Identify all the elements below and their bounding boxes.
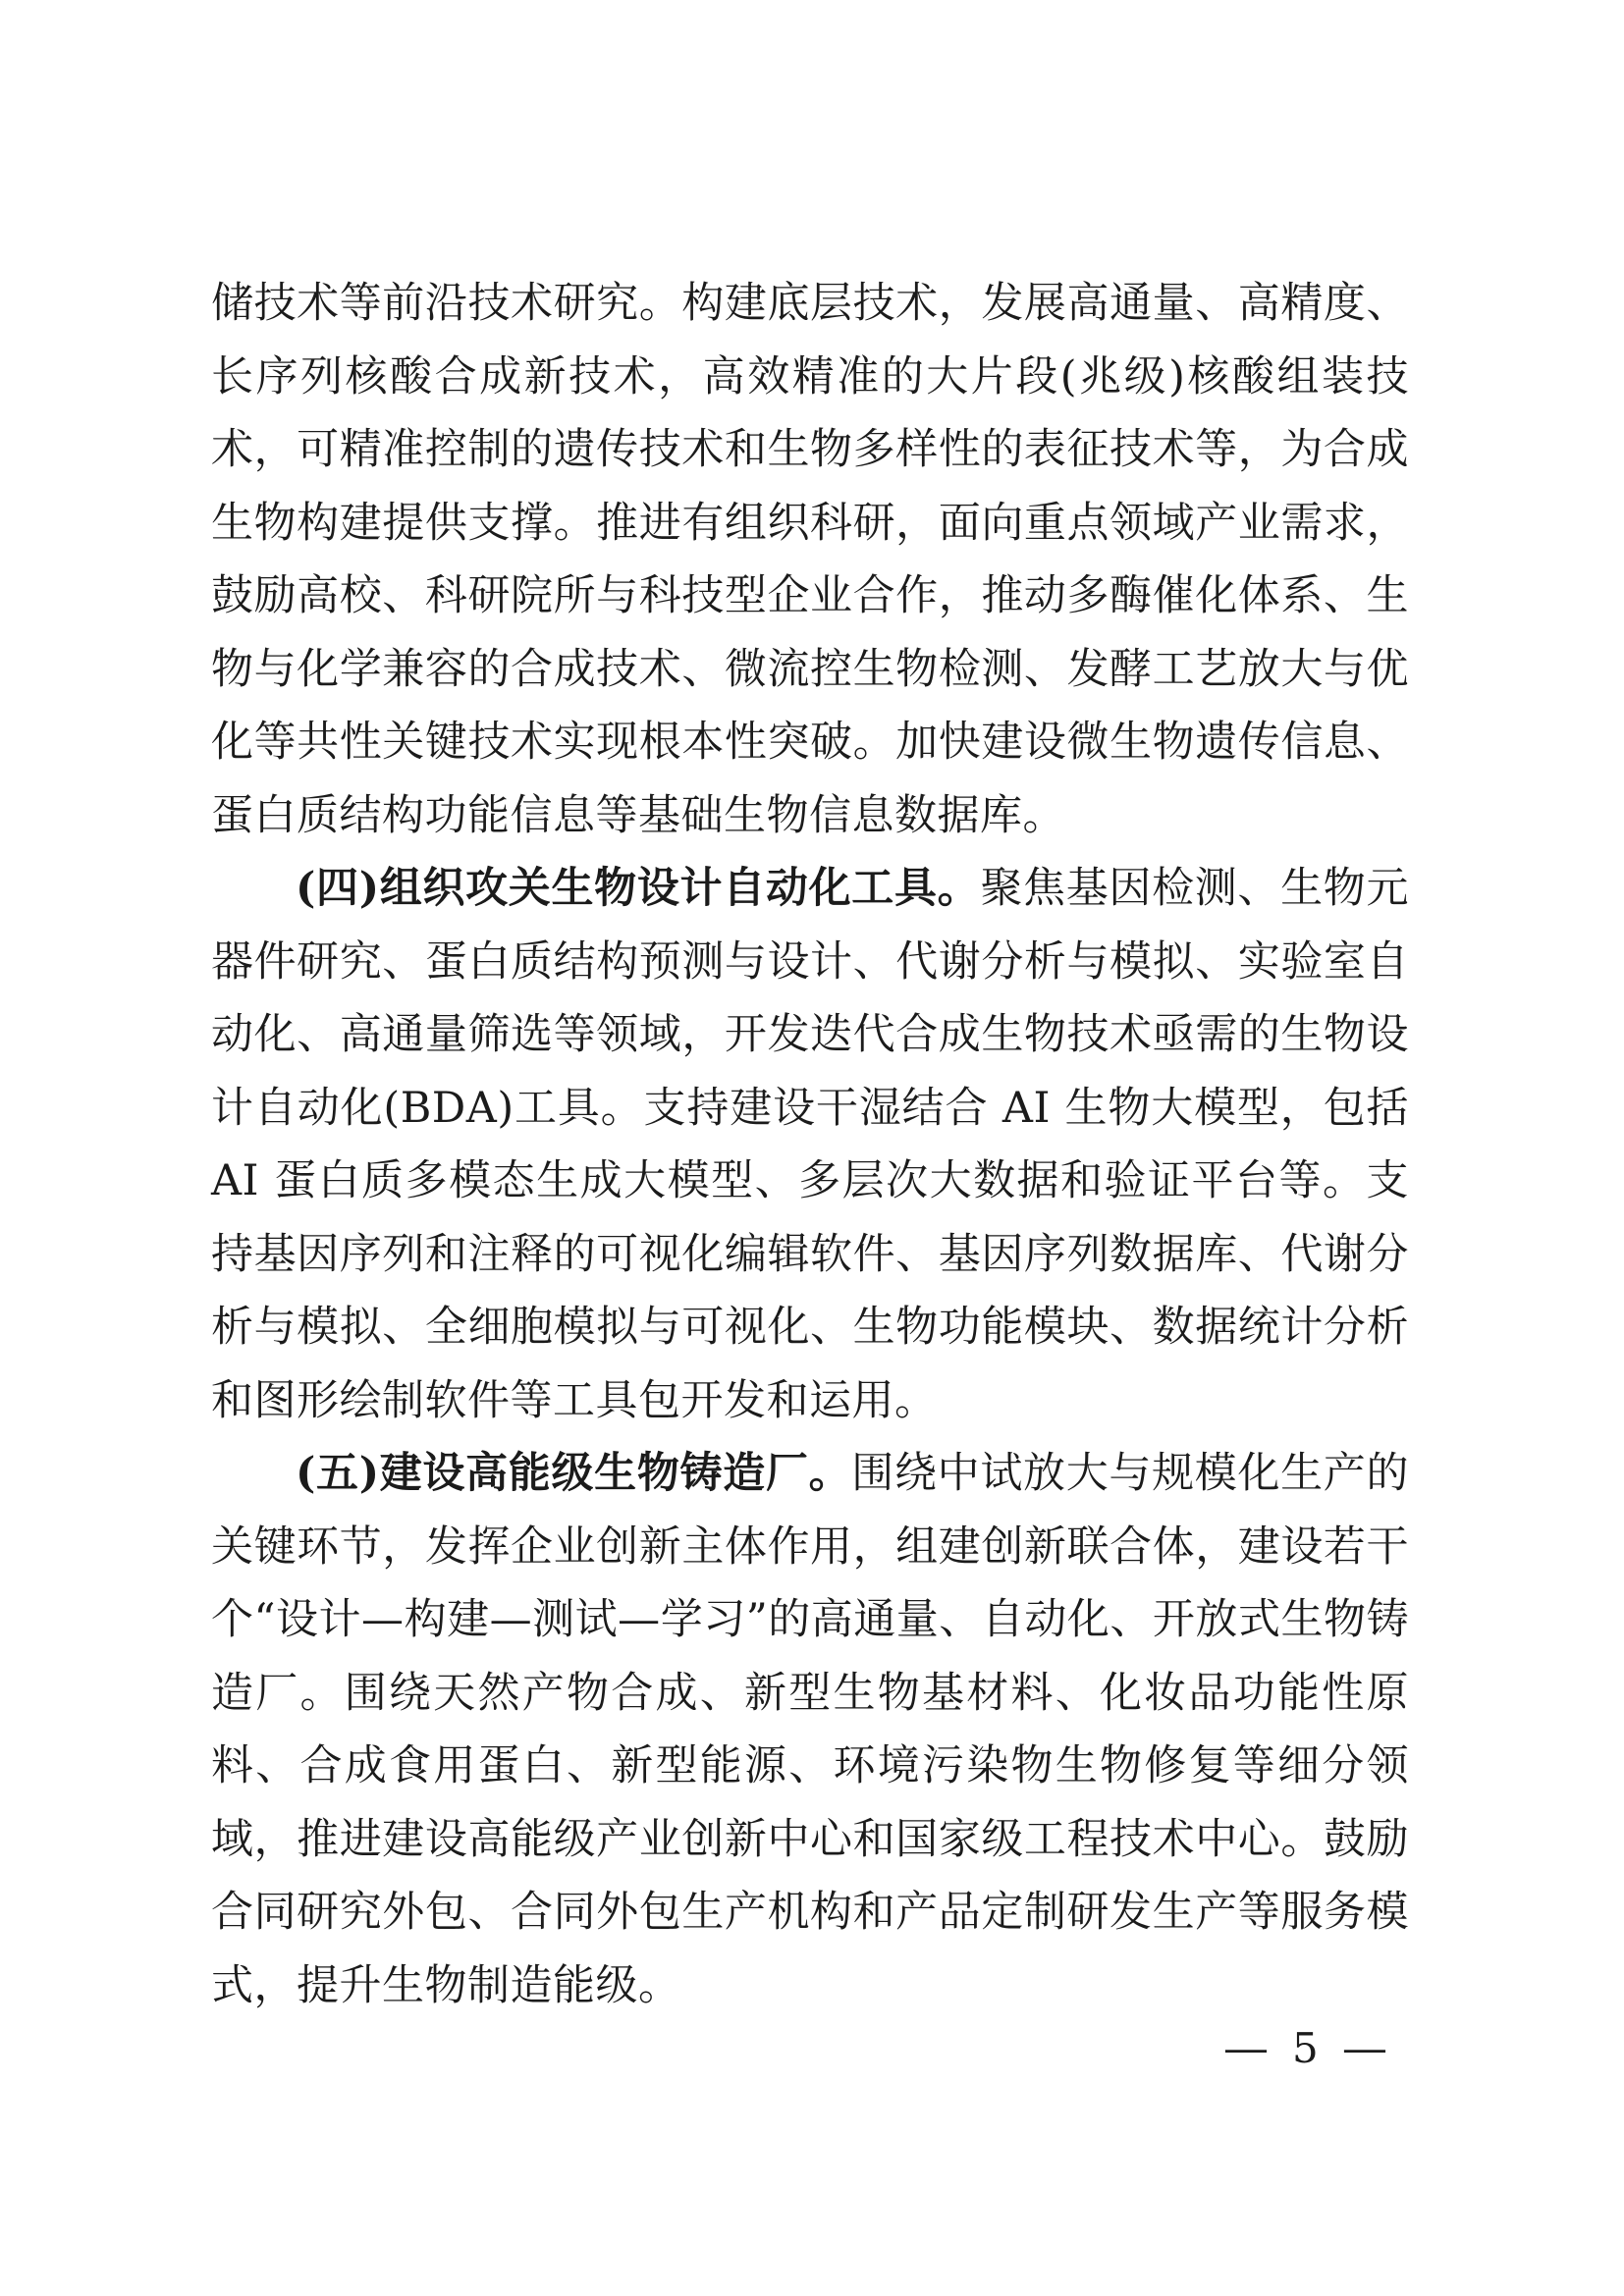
paragraph-section-5: (五)建设高能级生物铸造厂。围绕中试放大与规模化生产的关键环节，发挥企业创新主体… xyxy=(211,1437,1409,2022)
paragraph-text: 聚焦基因检测、生物元器件研究、蛋白质结构预测与设计、代谢分析与模拟、实验室自动化… xyxy=(211,864,1409,1425)
page-number-dash-left: — xyxy=(1223,2028,1269,2069)
page-number: — 5 — xyxy=(1225,2028,1385,2069)
section-5-heading: (五)建设高能级生物铸造厂。 xyxy=(296,1449,851,1498)
document-page: 储技术等前沿技术研究。构建底层技术，发展高通量、高精度、长序列核酸合成新技术，高… xyxy=(0,0,1624,2296)
paragraph-section-4: (四)组织攻关生物设计自动化工具。聚焦基因检测、生物元器件研究、蛋白质结构预测与… xyxy=(211,852,1409,1437)
paragraph-continuation: 储技术等前沿技术研究。构建底层技术，发展高通量、高精度、长序列核酸合成新技术，高… xyxy=(211,267,1409,852)
paragraph-text: 储技术等前沿技术研究。构建底层技术，发展高通量、高精度、长序列核酸合成新技术，高… xyxy=(211,279,1409,840)
document-body: 储技术等前沿技术研究。构建底层技术，发展高通量、高精度、长序列核酸合成新技术，高… xyxy=(211,267,1409,2022)
paragraph-text: 围绕中试放大与规模化生产的关键环节，发挥企业创新主体作用，组建创新联合体，建设若… xyxy=(211,1449,1409,2010)
page-number-dash-right: — xyxy=(1342,2028,1387,2069)
page-number-value: 5 xyxy=(1292,2028,1319,2069)
section-4-heading: (四)组织攻关生物设计自动化工具。 xyxy=(296,864,980,913)
